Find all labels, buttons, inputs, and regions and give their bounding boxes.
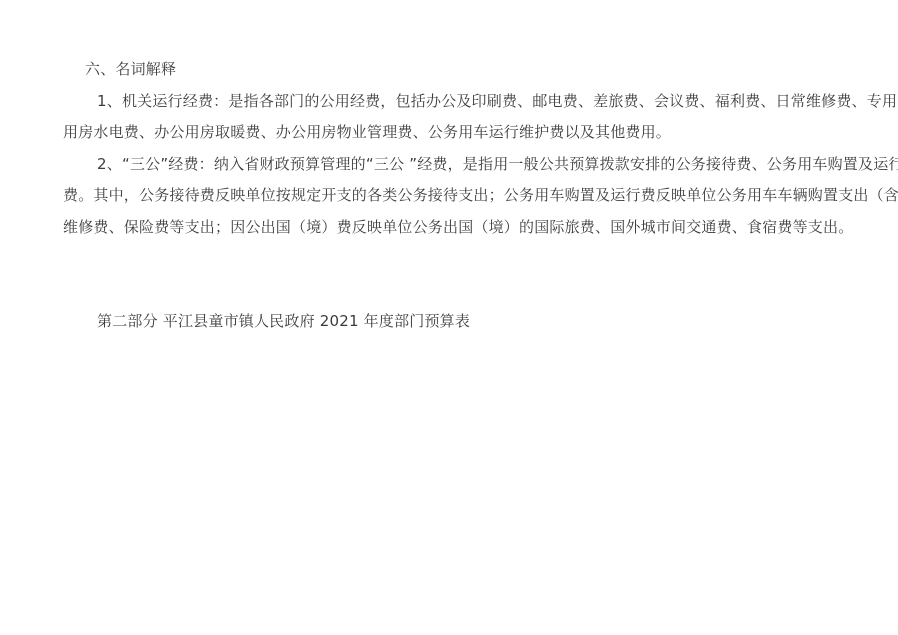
paragraph-line: 2、“三公”经费：纳入省财政预算管理的“三公 ”经费，是指用一般公共预算拨款安排… (63, 149, 838, 181)
paragraph-three-public-expenses: 2、“三公”经费：纳入省财政预算管理的“三公 ”经费，是指用一般公共预算拨款安排… (63, 149, 838, 244)
paragraph-line: 费。其中，公务接待费反映单位按规定开支的各类公务接待支出；公务用车购置及运行费反… (63, 180, 838, 212)
part-two-title: 第二部分 平江县童市镇人民政府 2021 年度部门预算表 (63, 306, 838, 338)
paragraph-line: 用房水电费、办公用房取暖费、办公用房物业管理费、公务用车运行维护费以及其他费用。 (63, 117, 838, 149)
section-heading: 六、名词解释 (63, 54, 838, 86)
paragraph-line: 维修费、保险费等支出；因公出国（境）费反映单位公务出国（境）的国际旅费、国外城市… (63, 212, 838, 244)
document-page: 六、名词解释 1、机关运行经费：是指各部门的公用经费，包括办公及印刷费、邮电费、… (0, 0, 898, 635)
paragraph-org-operating-expenses: 1、机关运行经费：是指各部门的公用经费，包括办公及印刷费、邮电费、差旅费、会议费… (63, 86, 838, 149)
paragraph-line: 1、机关运行经费：是指各部门的公用经费，包括办公及印刷费、邮电费、差旅费、会议费… (63, 86, 838, 118)
